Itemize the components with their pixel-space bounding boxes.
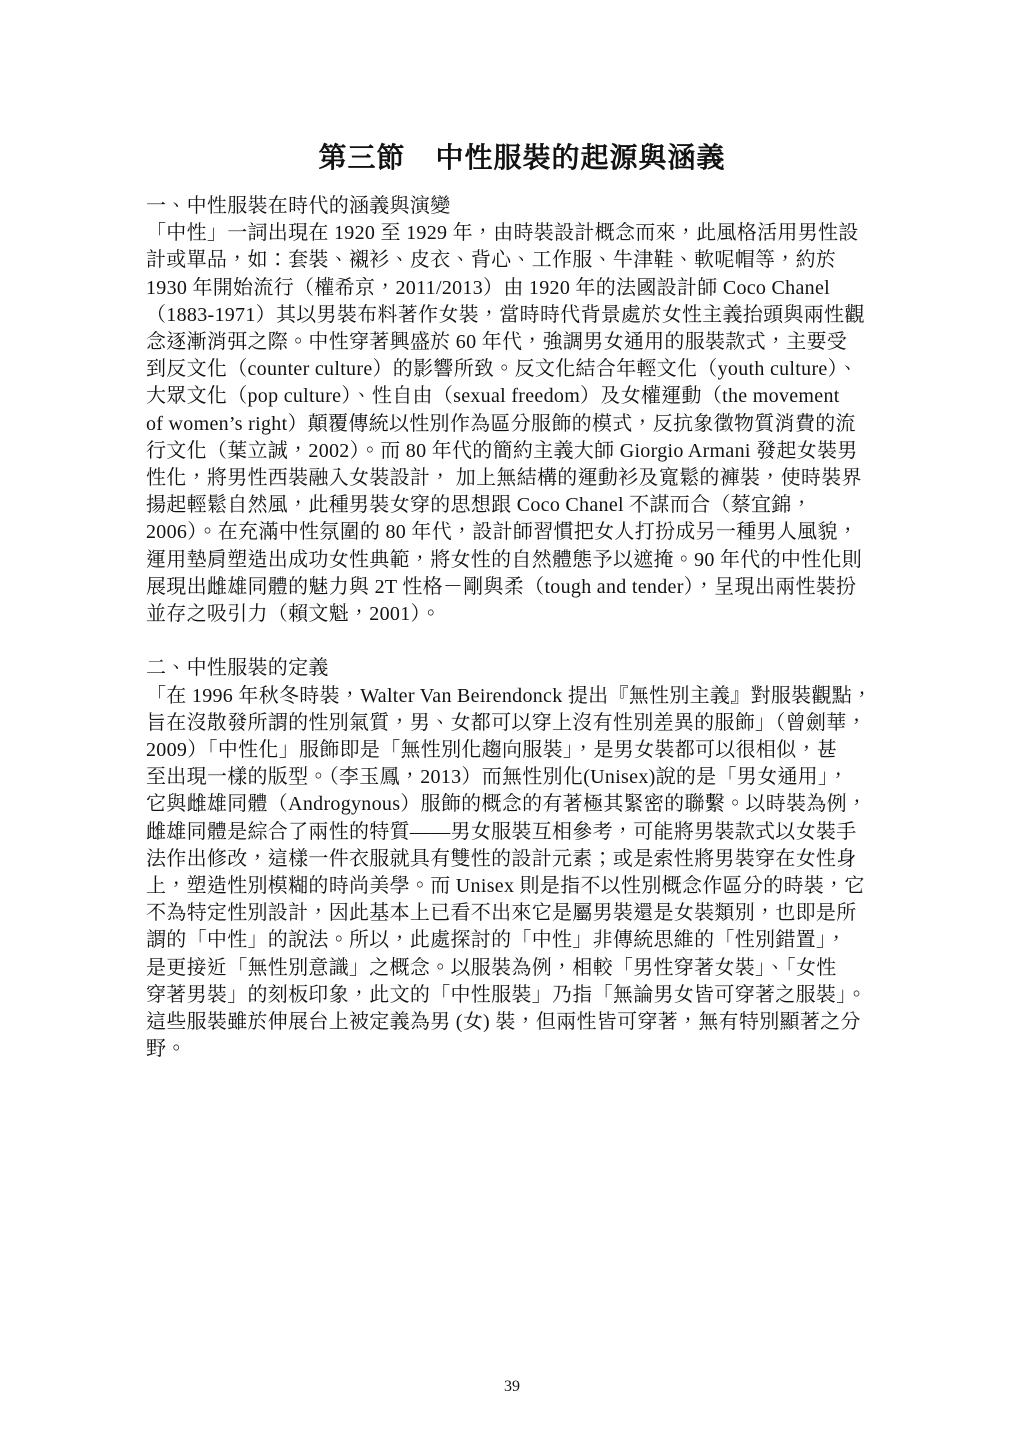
- body-text-line: 2006）。在充滿中性氛圍的 80 年代，設計師習慣把女人打扮成另一種男人風貌，: [146, 519, 898, 546]
- body-text-line: 到反文化（counter culture）的影響所致。反文化結合年輕文化（you…: [146, 356, 898, 383]
- chapter-title-text: 中性服裝的起源與涵義: [436, 143, 726, 174]
- body-text-line: 上，塑造性別模糊的時尚美學。而 Unisex 則是指不以性別概念作區分的時裝，它: [146, 873, 898, 900]
- sections-container: 一、中性服裝在時代的涵義與演變「中性」一詞出現在 1920 至 1929 年，由…: [146, 193, 898, 1064]
- body-text-line: 是更接近「無性別意識」之概念。以服裝為例，相較「男性穿著女裝」、「女性: [146, 955, 898, 982]
- section-heading: 一、中性服裝在時代的涵義與演變: [146, 193, 898, 220]
- body-text-line: 穿著男裝」的刻板印象，此文的「中性服裝」乃指「無論男女皆可穿著之服裝」。: [146, 982, 898, 1009]
- chapter-title: 第三節中性服裝的起源與涵義: [146, 142, 898, 176]
- body-text-line: 性化，將男性西裝融入女裝設計， 加上無結構的運動衫及寬鬆的褲裝，使時裝界: [146, 465, 898, 492]
- document-page: 第三節中性服裝的起源與涵義 一、中性服裝在時代的涵義與演變「中性」一詞出現在 1…: [0, 0, 1024, 1448]
- body-text-line: 大眾文化（pop culture）、性自由（sexual freedom）及女權…: [146, 383, 898, 410]
- body-text-line: 不為特定性別設計，因此基本上已看不出來它是屬男裝還是女裝類別，也即是所: [146, 900, 898, 927]
- body-text-line: 1930 年開始流行（權希京，2011/2013）由 1920 年的法國設計師 …: [146, 275, 898, 302]
- body-text-line: 展現出雌雄同體的魅力與 2T 性格－剛與柔（tough and tender），…: [146, 574, 898, 601]
- body-text-line: of women’s right）顛覆傳統以性別作為區分服飾的模式，反抗象徵物質…: [146, 411, 898, 438]
- body-text-line: 並存之吸引力（賴文魁，2001）。: [146, 601, 898, 628]
- body-text-line: 它與雌雄同體（Androgynous）服飾的概念的有著極其緊密的聯繫。以時裝為例…: [146, 791, 898, 818]
- body-text-line: 謂的「中性」的說法。所以，此處探討的「中性」非傳統思維的「性別錯置」，: [146, 927, 898, 954]
- section-heading: 二、中性服裝的定義: [146, 655, 898, 682]
- text-block: 第三節中性服裝的起源與涵義 一、中性服裝在時代的涵義與演變「中性」一詞出現在 1…: [146, 142, 898, 1064]
- body-text-line: 行文化（葉立誠，2002）。而 80 年代的簡約主義大師 Giorgio Arm…: [146, 438, 898, 465]
- body-text-line: 至出現一樣的版型。（李玉鳳，2013）而無性別化(Unisex)說的是「男女通用…: [146, 764, 898, 791]
- body-text-line: 計或單品，如：套裝、襯衫、皮衣、背心、工作服、牛津鞋、軟呢帽等，約於: [146, 247, 898, 274]
- body-text-line: 2009）「中性化」服飾即是「無性別化趨向服裝」，是男女裝都可以很相似，甚: [146, 737, 898, 764]
- body-text-line: 揚起輕鬆自然風，此種男裝女穿的思想跟 Coco Chanel 不謀而合（蔡宜錦，: [146, 492, 898, 519]
- body-text-line: 雌雄同體是綜合了兩性的特質——男女服裝互相參考，可能將男裝款式以女裝手: [146, 819, 898, 846]
- body-text-line: 「在 1996 年秋冬時裝，Walter Van Beirendonck 提出『…: [146, 683, 898, 710]
- body-text-line: 念逐漸消弭之際。中性穿著興盛於 60 年代，強調男女通用的服裝款式，主要受: [146, 329, 898, 356]
- body-text-line: 法作出修改，這樣一件衣服就具有雙性的設計元素；或是索性將男裝穿在女性身: [146, 846, 898, 873]
- body-text-line: 運用墊肩塑造出成功女性典範，將女性的自然體態予以遮掩。90 年代的中性化則: [146, 547, 898, 574]
- page-number: 39: [0, 1377, 1024, 1397]
- body-text-line: 野。: [146, 1036, 898, 1063]
- body-text-line: （1883-1971）其以男裝布料著作女裝，當時時代背景處於女性主義抬頭與兩性觀: [146, 302, 898, 329]
- body-text-line: 這些服裝雖於伸展台上被定義為男 (女) 裝，但兩性皆可穿著，無有特別顯著之分: [146, 1009, 898, 1036]
- body-text-line: 旨在沒散發所謂的性別氣質，男、女都可以穿上沒有性別差異的服飾」（曾劍華，: [146, 710, 898, 737]
- body-text-line: 「中性」一詞出現在 1920 至 1929 年，由時裝設計概念而來，此風格活用男…: [146, 220, 898, 247]
- chapter-title-number: 第三節: [318, 143, 405, 174]
